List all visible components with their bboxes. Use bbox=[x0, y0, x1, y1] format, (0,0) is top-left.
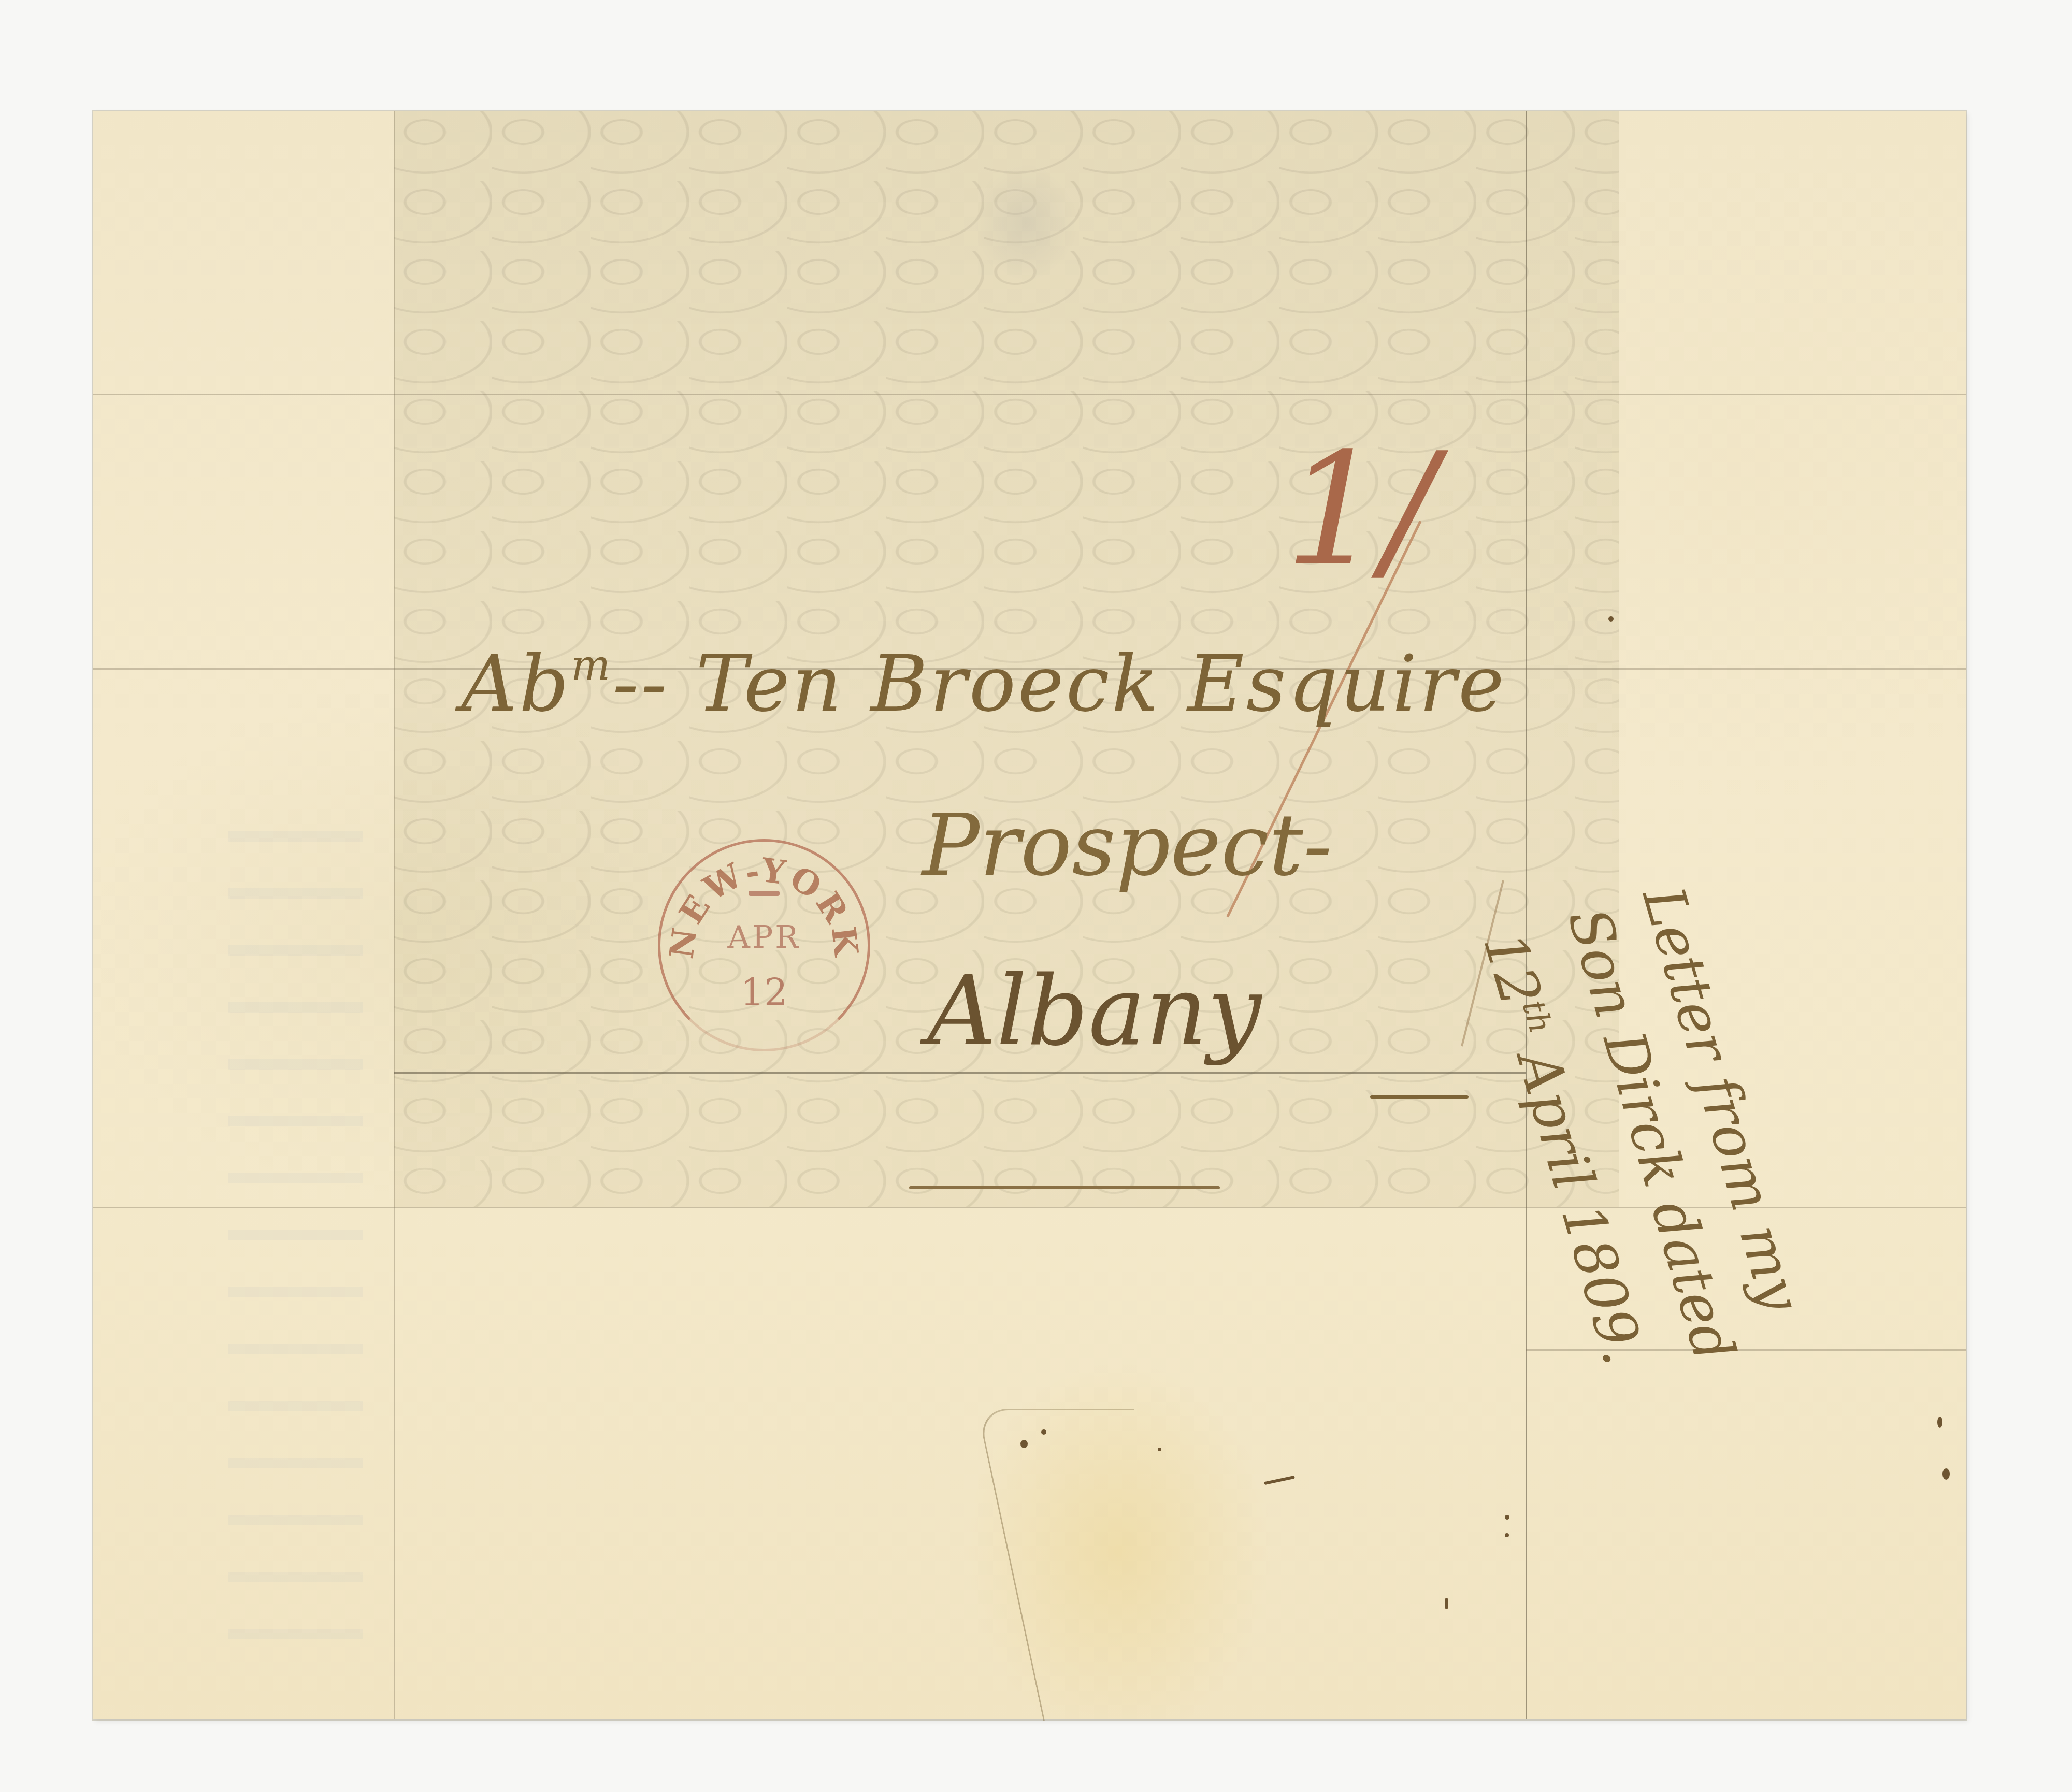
address-city-dash bbox=[1370, 1095, 1469, 1099]
letter-sheet: 1/ Abm-- Ten Broeck Esquire Prospect- Al… bbox=[93, 111, 1966, 1719]
ink-speck bbox=[1445, 1598, 1448, 1609]
ink-speck bbox=[1158, 1448, 1161, 1451]
ink-speck bbox=[1020, 1440, 1028, 1448]
fold-line-vertical-right bbox=[1526, 111, 1527, 1719]
fold-line-vertical-left bbox=[394, 111, 395, 1719]
fold-line-horizontal-1 bbox=[93, 394, 1966, 395]
postmark-bar bbox=[749, 891, 780, 896]
ink-speck bbox=[1505, 1515, 1509, 1520]
new-york-postmark: NEW-YORK APR 12 bbox=[658, 839, 870, 1051]
addressee-rest: -- Ten Broeck Esquire bbox=[612, 639, 1506, 729]
addressee-superscript: m bbox=[571, 641, 612, 689]
postage-rate-marking: 1/ bbox=[1285, 432, 1436, 588]
postmark-day: 12 bbox=[660, 971, 868, 1015]
ink-speck bbox=[1041, 1429, 1046, 1435]
ink-speck bbox=[1264, 1476, 1295, 1485]
postmark-month: APR bbox=[660, 919, 868, 956]
scan-background: 1/ Abm-- Ten Broeck Esquire Prospect- Al… bbox=[0, 0, 2072, 1792]
seal-impression bbox=[974, 163, 1077, 282]
ink-speck bbox=[1608, 616, 1614, 622]
bleed-through-writing-left bbox=[228, 785, 363, 1665]
addressee-name: Abm-- Ten Broeck Esquire bbox=[461, 645, 1506, 723]
address-city: Albany bbox=[927, 963, 1261, 1059]
addressee-prefix: Ab bbox=[461, 639, 571, 729]
address-underline bbox=[909, 1186, 1220, 1189]
fold-line-horizontal-3 bbox=[394, 1072, 1526, 1074]
paper-tear bbox=[977, 1409, 1200, 1721]
ink-speck bbox=[1942, 1468, 1950, 1480]
ink-speck bbox=[1505, 1533, 1509, 1537]
ink-speck bbox=[1937, 1417, 1942, 1428]
address-estate: Prospect- bbox=[922, 803, 1332, 888]
